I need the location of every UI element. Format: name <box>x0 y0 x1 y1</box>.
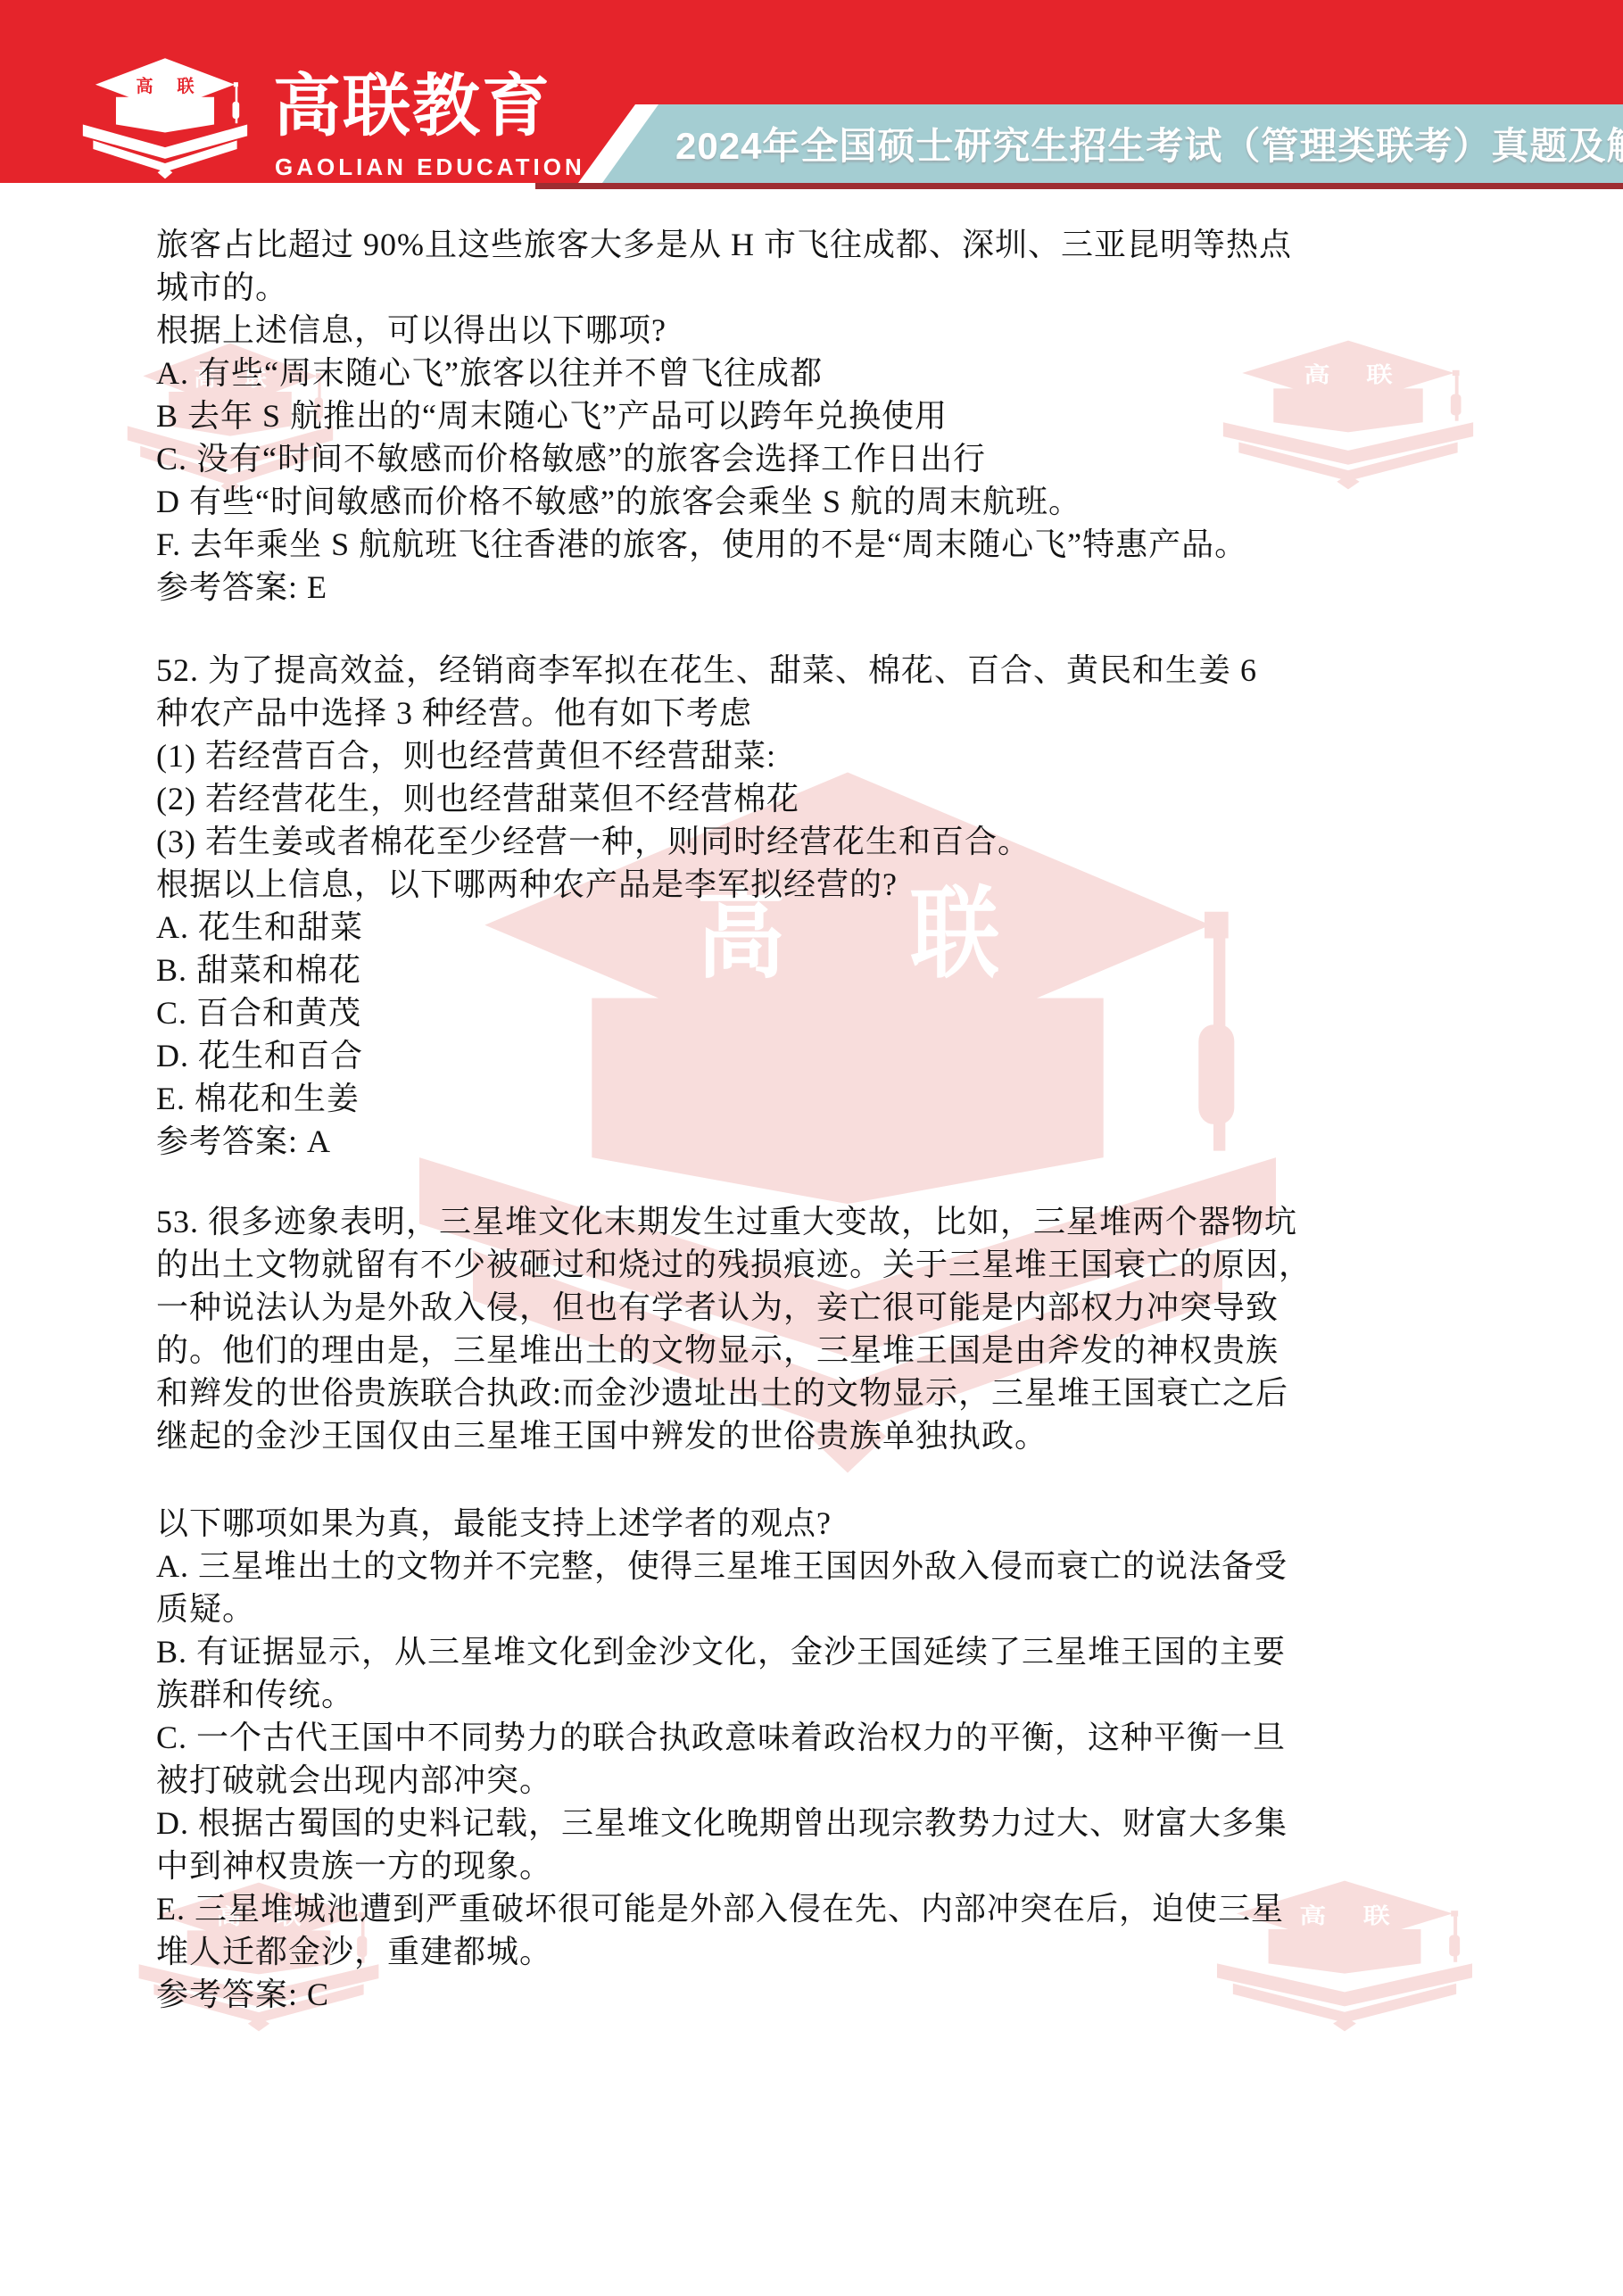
text-line: 被打破就会出现内部冲突。 <box>156 1759 1477 1802</box>
text-line: 根据以上信息，以下哪两种农产品是李军拟经营的? <box>156 863 1477 906</box>
text-line: 一种说法认为是外敌入侵，但也有学者认为，妾亡很可能是内部权力冲突导致 <box>156 1286 1477 1329</box>
exam-title-banner: 2024年全国硕士研究生招生考试（管理类联考）真题及解析 <box>602 104 1623 183</box>
text-line: 参考答案: C <box>156 1973 1477 2016</box>
text-line: 的出土文物就留有不少被砸过和烧过的残损痕迹。关于三星堆王国衰亡的原因， <box>156 1243 1477 1286</box>
text-line: B. 甜菜和棉花 <box>156 949 1477 991</box>
text-line: B 去年 S 航推出的“周末随心飞”产品可以跨年兑换使用 <box>156 394 1477 437</box>
text-line: 堆人迁都金沙，重建都城。 <box>156 1930 1477 1973</box>
text-line: D. 花生和百合 <box>156 1034 1477 1077</box>
text-line: 53. 很多迹象表明，三星堆文化末期发生过重大变故，比如，三星堆两个器物坑 <box>156 1200 1477 1243</box>
document-page: 高联 高联 高联 高联 高联 2024年全国硕士研究生招生考试（管理类联考）真题… <box>0 0 1623 2296</box>
text-line: 根据上述信息，可以得出以下哪项? <box>156 309 1477 352</box>
text-line: 参考答案: E <box>156 566 1477 609</box>
exam-title-text: 2024年全国硕士研究生招生考试（管理类联考）真题及解析 <box>675 117 1623 170</box>
text-line: B. 有证据显示，从三星堆文化到金沙文化，金沙王国延续了三星堆王国的主要 <box>156 1630 1477 1673</box>
text-line: 继起的金沙王国仅由三星堆王国中辨发的世俗贵族单独执政。 <box>156 1414 1477 1457</box>
text-line: 中到神权贵族一方的现象。 <box>156 1844 1477 1887</box>
text-line: A. 有些“周末随心飞”旅客以往并不曾飞往成都 <box>156 352 1477 394</box>
text-line: 族群和传统。 <box>156 1673 1477 1716</box>
text-line: 参考答案: A <box>156 1120 1477 1163</box>
question-52-block: 52. 为了提高效益，经销商李军拟在花生、甜菜、棉花、百合、黄民和生姜 6种农产… <box>156 649 1477 1163</box>
question-53-stem-block: 53. 很多迹象表明，三星堆文化末期发生过重大变故，比如，三星堆两个器物坑的出土… <box>156 1200 1477 1457</box>
text-line: A. 三星堆出土的文物并不完整，使得三星堆王国因外敌入侵而衰亡的说法备受 <box>156 1545 1477 1587</box>
text-line: D 有些“时间敏感而价格不敏感”的旅客会乘坐 S 航的周末航班。 <box>156 480 1477 523</box>
text-line: C. 百合和黄茂 <box>156 991 1477 1034</box>
text-line: (2) 若经营花生，则也经营甜菜但不经营棉花 <box>156 777 1477 820</box>
gaolian-logo-icon: 高联 <box>79 57 251 182</box>
text-line: 的。他们的理由是，三星堆出土的文物显示，三星堆王国是由斧发的神权贵族 <box>156 1329 1477 1372</box>
brand-name-en: GAOLIAN EDUCATION <box>275 153 585 181</box>
text-line: (1) 若经营百合，则也经营黄但不经营甜菜: <box>156 734 1477 777</box>
text-line: 种农产品中选择 3 种经营。他有如下考虑 <box>156 692 1477 734</box>
question-51-tail-block: 旅客占比超过 90%且这些旅客大多是从 H 市飞往成都、深圳、三亚昆明等热点城市… <box>156 223 1477 609</box>
text-line: C. 一个古代王国中不同势力的联合执政意味着政治权力的平衡，这种平衡一旦 <box>156 1716 1477 1759</box>
text-line: (3) 若生姜或者棉花至少经营一种，则同时经营花生和百合。 <box>156 820 1477 863</box>
text-line: D. 根据古蜀国的史料记载，三星堆文化晚期曾出现宗教势力过大、财富大多集 <box>156 1802 1477 1844</box>
text-line: 以下哪项如果为真，最能支持上述学者的观点? <box>156 1502 1477 1545</box>
text-line: 旅客占比超过 90%且这些旅客大多是从 H 市飞往成都、深圳、三亚昆明等热点 <box>156 223 1477 266</box>
text-line: 城市的。 <box>156 266 1477 309</box>
text-line: 和辫发的世俗贵族联合执政:而金沙遗址出土的文物显示，三星堆王国衰亡之后 <box>156 1372 1477 1414</box>
text-line: E. 三星堆城池遭到严重破坏很可能是外部入侵在先、内部冲突在后，迫使三星 <box>156 1887 1477 1930</box>
text-line: F. 去年乘坐 S 航航班飞往香港的旅客，使用的不是“周末随心飞”特惠产品。 <box>156 523 1477 566</box>
page-header: 2024年全国硕士研究生招生考试（管理类联考）真题及解析 高联 高联教育 GAO… <box>0 0 1623 192</box>
text-line: E. 棉花和生姜 <box>156 1077 1477 1120</box>
text-line: A. 花生和甜菜 <box>156 906 1477 949</box>
question-53-options-block: 以下哪项如果为真，最能支持上述学者的观点?A. 三星堆出土的文物并不完整，使得三… <box>156 1502 1477 2016</box>
text-line: 52. 为了提高效益，经销商李军拟在花生、甜菜、棉花、百合、黄民和生姜 6 <box>156 649 1477 692</box>
brand-name-cn: 高联教育 <box>273 52 551 149</box>
text-line: C. 没有“时间不敏感而价格敏感”的旅客会选择工作日出行 <box>156 437 1477 480</box>
banner-underline <box>535 183 1623 189</box>
text-line: 质疑。 <box>156 1587 1477 1630</box>
